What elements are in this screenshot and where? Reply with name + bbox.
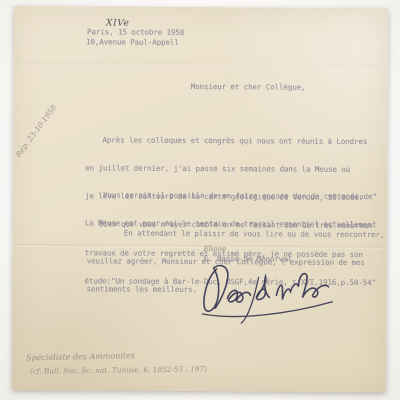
typed-line: Après les colloques et congrès qui nous …	[85, 135, 376, 146]
typed-line: Vous serait-il possible de me faire enco…	[85, 190, 377, 201]
ink-signature	[192, 257, 344, 330]
letter-photograph: XIVe Paris, 15 octobre 1958 10,Avenue Pa…	[0, 0, 400, 400]
letter-paper: XIVe Paris, 15 octobre 1958 10,Avenue Pa…	[12, 6, 388, 392]
typed-line: En attendant le plaisir de vous lire ou …	[87, 228, 385, 239]
pencil-first-name: Eliane	[204, 245, 226, 253]
margin-reply-note: Rép. 23-10-1958	[14, 103, 59, 159]
letter-address: 10,Avenue Paul-Appell	[86, 37, 179, 47]
salutation: Monsieur et cher Collègue,	[191, 82, 306, 92]
letter-date: Paris, 15 octobre 1958	[87, 27, 184, 37]
footer-note-reference: (cf. Bull. Soc. Sc. nat. Tunisie, 6, 195…	[30, 365, 207, 376]
footer-note-specialty: Spécialiste des Ammonites	[26, 351, 135, 362]
fold-crease-top	[14, 62, 388, 67]
